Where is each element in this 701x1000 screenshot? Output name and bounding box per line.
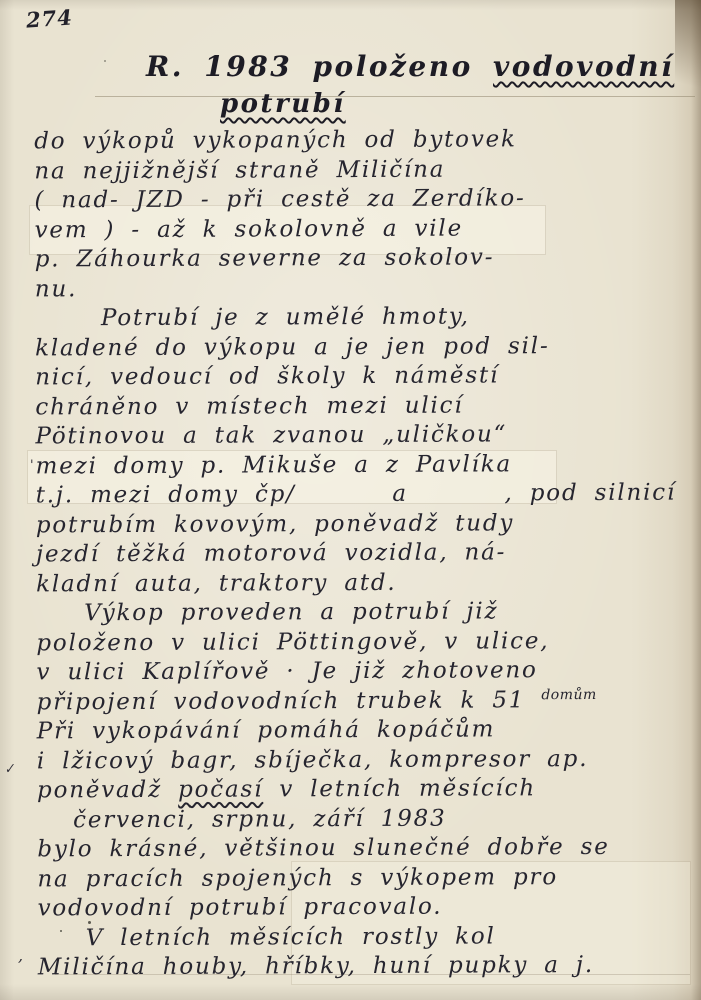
manuscript-line: potrubím kovovým, poněvadž tudy [36, 509, 687, 541]
ink-speck [60, 930, 62, 932]
manuscript-line: do výkopů vykopaných od bytovek [34, 126, 685, 158]
manuscript-line: kladní auta, traktory atd. [36, 568, 687, 600]
manuscript-line: chráněno v místech mezi ulicí [35, 391, 686, 423]
page-edge-shadow [675, 0, 701, 120]
manuscript-line: na nejjižnější straně Miličína [34, 155, 685, 187]
manuscript-line: Pötinovou a tak zvanou „uličkou“ [35, 421, 686, 453]
line-post-text: v letních měsících [263, 775, 536, 802]
entry-title-line1: R. 1983 položeno vodovodní [146, 50, 674, 83]
manuscript-line: v ulici Kaplířově · Je již zhotoveno [36, 657, 687, 689]
title-underlined-word: vodovodní [493, 50, 674, 83]
manuscript-line: kladené do výkopu a je jen pod sil- [35, 332, 686, 364]
manuscript-line: červenci, srpnu, září 1983 [37, 804, 688, 836]
manuscript-line: t.j. mezi domy čp/ a , pod silnicí [36, 480, 687, 512]
manuscript-line: jezdí těžká motorová vozidla, ná- [36, 539, 687, 571]
manuscript-page: 274 R. 1983 položeno vodovodní potrubí d… [0, 0, 701, 1000]
manuscript-body: do výkopů vykopaných od bytovek na nejji… [34, 126, 689, 984]
ink-speck [104, 60, 106, 62]
manuscript-line: připojení vodovodních trubek k 51 domům [37, 686, 688, 718]
manuscript-line: Miličína houby, hříbky, huní pupky a j. [38, 952, 689, 984]
manuscript-line: Potrubí je z umělé hmoty, [35, 303, 686, 335]
manuscript-line: na pracích spojených s výkopem pro [37, 863, 688, 895]
manuscript-line: položeno v ulici Pöttingově, v ulice, [36, 627, 687, 659]
ink-speck [88, 921, 91, 924]
manuscript-line: Při vykopávání pomáhá kopáčům [37, 716, 688, 748]
manuscript-line: i lžicový bagr, sbíječka, kompresor ap. [37, 745, 688, 777]
manuscript-line: vem ) - až k sokolovně a vile [35, 214, 686, 246]
manuscript-line: vodovodní potrubí pracovalo. [37, 893, 688, 925]
manuscript-line: nu. [35, 273, 686, 305]
manuscript-line: bylo krásné, většinou slunečné dobře se [37, 834, 688, 866]
stray-ink-mark: , [18, 946, 23, 965]
stray-ink-mark: ' [30, 458, 34, 473]
manuscript-line: p. Záhourka severne za sokolov- [35, 244, 686, 276]
manuscript-line: ( nad- JZD - při cestě za Zerdíko- [34, 185, 685, 217]
entry-title-line2: potrubí [220, 89, 346, 119]
wavy-underlined-word: počasí [178, 776, 263, 802]
line-pre-text: poněvadž [37, 777, 178, 804]
line-main-text: připojení vodovodních trubek k 51 [37, 687, 542, 715]
superscript-word: domům [541, 686, 597, 702]
manuscript-line: V letních měsících rostly kol [38, 922, 689, 954]
manuscript-line: poněvadž počasí v letních měsících [37, 775, 688, 807]
manuscript-line: nicí, vedoucí od školy k náměstí [35, 362, 686, 394]
pencil-rule [95, 96, 695, 97]
manuscript-line: Výkop proveden a potrubí již [36, 598, 687, 630]
title-year-text: R. 1983 položeno [146, 50, 493, 83]
page-number: 274 [25, 4, 73, 32]
stray-check-mark: ✓ [3, 761, 16, 778]
manuscript-line: mezi domy p. Mikuše a z Pavlíka [36, 450, 687, 482]
